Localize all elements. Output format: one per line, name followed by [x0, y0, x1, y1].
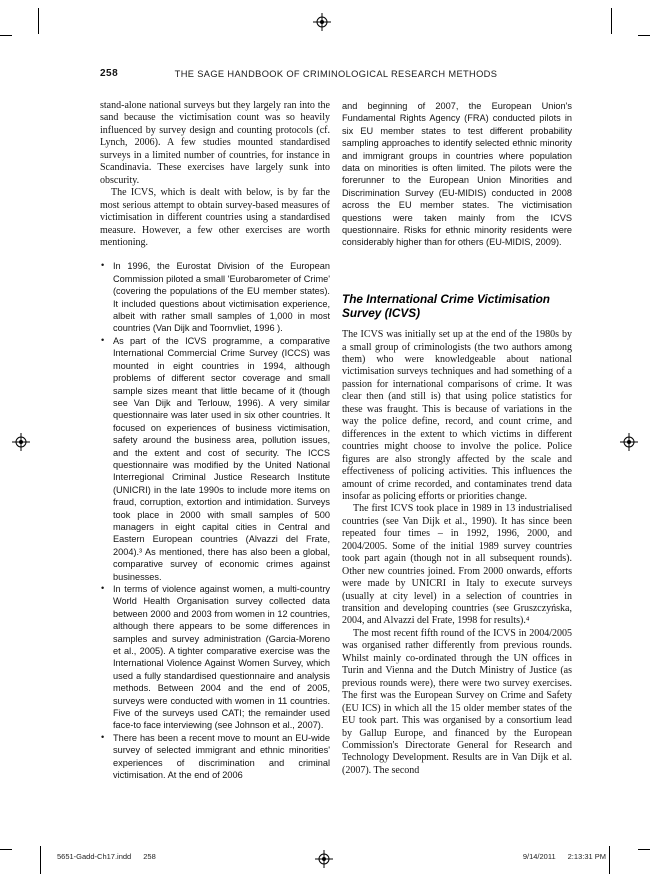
registration-mark-icon — [12, 433, 30, 451]
bullet-item: In terms of violence against women, a mu… — [100, 583, 330, 732]
crop-mark — [0, 849, 12, 850]
registration-mark-icon — [620, 433, 638, 451]
section-heading: The International Crime Victimisation Su… — [342, 292, 572, 321]
footer-date: 9/14/2011 — [523, 852, 556, 861]
footer-timestamp: 9/14/20112:13:31 PM — [523, 852, 606, 861]
bullet-item: As part of the ICVS programme, a compara… — [100, 335, 330, 583]
crop-mark — [0, 35, 12, 36]
running-title: THE SAGE HANDBOOK OF CRIMINOLOGICAL RESE… — [100, 66, 572, 79]
paragraph: The first ICVS took place in 1989 in 13 … — [342, 503, 572, 628]
bullet-list: In 1996, the Eurostat Division of the Eu… — [100, 260, 330, 781]
crop-mark — [638, 35, 650, 36]
footer-file-text: 5651-Gadd-Ch17.indd — [57, 852, 131, 861]
page-number: 258 — [100, 68, 118, 79]
paragraph: The ICVS was initially set up at the end… — [342, 329, 572, 503]
two-column-text: stand-alone national surveys but they la… — [100, 100, 572, 782]
registration-mark-icon — [315, 850, 333, 868]
bullet-item: In 1996, the Eurostat Division of the Eu… — [100, 260, 330, 334]
paragraph: The ICVS, which is dealt with below, is … — [100, 187, 330, 249]
crop-mark — [638, 849, 650, 850]
crop-mark — [40, 846, 41, 874]
footer-filename: 5651-Gadd-Ch17.indd258 — [57, 852, 156, 861]
paragraph: stand-alone national surveys but they la… — [100, 100, 330, 187]
bullet-continuation: and beginning of 2007, the European Unio… — [342, 100, 572, 249]
right-column: and beginning of 2007, the European Unio… — [342, 100, 572, 782]
page-header: 258 THE SAGE HANDBOOK OF CRIMINOLOGICAL … — [100, 66, 572, 100]
crop-mark — [38, 8, 39, 34]
paragraph: The most recent fifth round of the ICVS … — [342, 628, 572, 777]
crop-mark — [611, 8, 612, 34]
crop-mark — [609, 846, 610, 874]
left-column: stand-alone national surveys but they la… — [100, 100, 330, 782]
registration-mark-icon — [313, 13, 331, 31]
footer-page-number: 258 — [143, 852, 156, 861]
bullet-item: There has been a recent move to mount an… — [100, 732, 330, 782]
page-content: 258 THE SAGE HANDBOOK OF CRIMINOLOGICAL … — [100, 66, 572, 782]
footer-time: 2:13:31 PM — [568, 852, 606, 861]
book-page: 258 THE SAGE HANDBOOK OF CRIMINOLOGICAL … — [0, 0, 650, 885]
